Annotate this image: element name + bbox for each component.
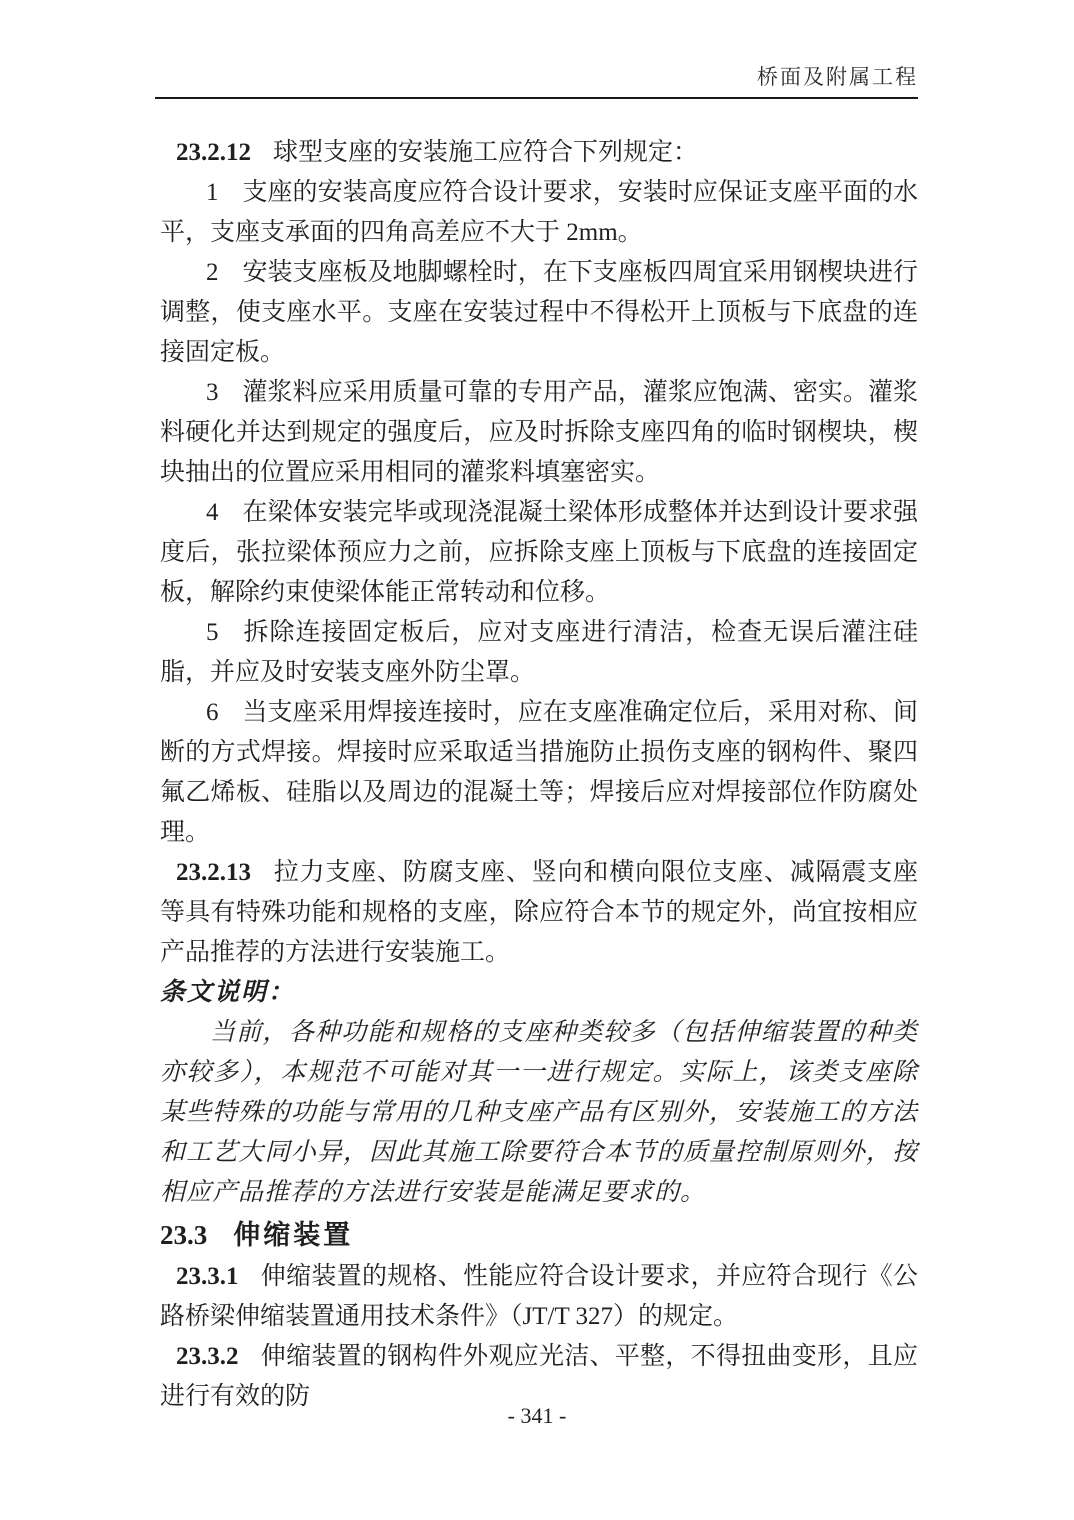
item-text: 拆除连接固定板后，应对支座进行清洁，检查无误后灌注硅脂，并应及时安装支座外防尘罩… <box>160 619 918 686</box>
section-number: 23.3 <box>160 1220 207 1250</box>
clause-number: 23.3.2 <box>176 1343 239 1370</box>
item-number: 4 <box>206 499 219 526</box>
clause-number: 23.2.12 <box>176 139 251 166</box>
item-number: 5 <box>206 619 219 646</box>
clause-23-2-13: 23.2.13拉力支座、防腐支座、竖向和横向限位支座、减隔震支座等具有特殊功能和… <box>160 853 918 973</box>
commentary-label-text: 条文说明： <box>160 979 295 1006</box>
document-page: 桥面及附属工程 23.2.12球型支座的安装施工应符合下列规定： 1支座的安装高… <box>0 0 1074 1520</box>
item-number: 1 <box>206 179 219 206</box>
clause-number: 23.2.13 <box>176 859 251 886</box>
header-title: 桥面及附属工程 <box>757 65 918 89</box>
section-heading-23-3: 23.3伸缩装置 <box>160 1213 918 1257</box>
page-footer: - 341 - <box>0 1402 1074 1430</box>
item-number: 2 <box>206 259 219 286</box>
item-number: 6 <box>206 699 219 726</box>
item-text: 当支座采用焊接连接时，应在支座准确定位后，采用对称、间断的方式焊接。焊接时应采取… <box>160 699 918 846</box>
clause-text: 伸缩装置的规格、性能应符合设计要求，并应符合现行《公路桥梁伸缩装置通用技术条件》… <box>160 1263 918 1330</box>
list-item-6: 6当支座采用焊接连接时，应在支座准确定位后，采用对称、间断的方式焊接。焊接时应采… <box>160 693 918 853</box>
commentary-paragraph: 当前，各种功能和规格的支座种类较多（包括伸缩装置的种类亦较多），本规范不可能对其… <box>160 1013 918 1213</box>
clause-text: 伸缩装置的钢构件外观应光洁、平整，不得扭曲变形，且应进行有效的防 <box>160 1343 918 1410</box>
item-text: 在梁体安装完毕或现浇混凝土梁体形成整体并达到设计要求强度后，张拉梁体预应力之前，… <box>160 499 918 606</box>
list-item-5: 5拆除连接固定板后，应对支座进行清洁，检查无误后灌注硅脂，并应及时安装支座外防尘… <box>160 613 918 693</box>
commentary-text: 当前，各种功能和规格的支座种类较多（包括伸缩装置的种类亦较多），本规范不可能对其… <box>160 1019 918 1206</box>
clause-text: 球型支座的安装施工应符合下列规定： <box>273 139 698 166</box>
text-column: 23.2.12球型支座的安装施工应符合下列规定： 1支座的安装高度应符合设计要求… <box>160 133 918 1417</box>
list-item-4: 4在梁体安装完毕或现浇混凝土梁体形成整体并达到设计要求强度后，张拉梁体预应力之前… <box>160 493 918 613</box>
commentary-label: 条文说明： <box>160 973 918 1013</box>
list-item-1: 1支座的安装高度应符合设计要求，安装时应保证支座平面的水平，支座支承面的四角高差… <box>160 173 918 253</box>
list-item-3: 3灌浆料应采用质量可靠的专用产品，灌浆应饱满、密实。灌浆料硬化并达到规定的强度后… <box>160 373 918 493</box>
running-header: 桥面及附属工程 <box>155 64 918 99</box>
clause-number: 23.3.1 <box>176 1263 239 1290</box>
item-text: 支座的安装高度应符合设计要求，安装时应保证支座平面的水平，支座支承面的四角高差应… <box>160 179 918 246</box>
list-item-2: 2安装支座板及地脚螺栓时，在下支座板四周宜采用钢楔块进行调整，使支座水平。支座在… <box>160 253 918 373</box>
clause-23-2-12: 23.2.12球型支座的安装施工应符合下列规定： <box>160 133 918 173</box>
page-number: - 341 - <box>508 1403 567 1428</box>
item-number: 3 <box>206 379 219 406</box>
clause-23-3-1: 23.3.1伸缩装置的规格、性能应符合设计要求，并应符合现行《公路桥梁伸缩装置通… <box>160 1257 918 1337</box>
item-text: 安装支座板及地脚螺栓时，在下支座板四周宜采用钢楔块进行调整，使支座水平。支座在安… <box>160 259 918 366</box>
section-title: 伸缩装置 <box>233 1220 353 1250</box>
item-text: 灌浆料应采用质量可靠的专用产品，灌浆应饱满、密实。灌浆料硬化并达到规定的强度后，… <box>160 379 918 486</box>
clause-text: 拉力支座、防腐支座、竖向和横向限位支座、减隔震支座等具有特殊功能和规格的支座，除… <box>160 859 918 966</box>
